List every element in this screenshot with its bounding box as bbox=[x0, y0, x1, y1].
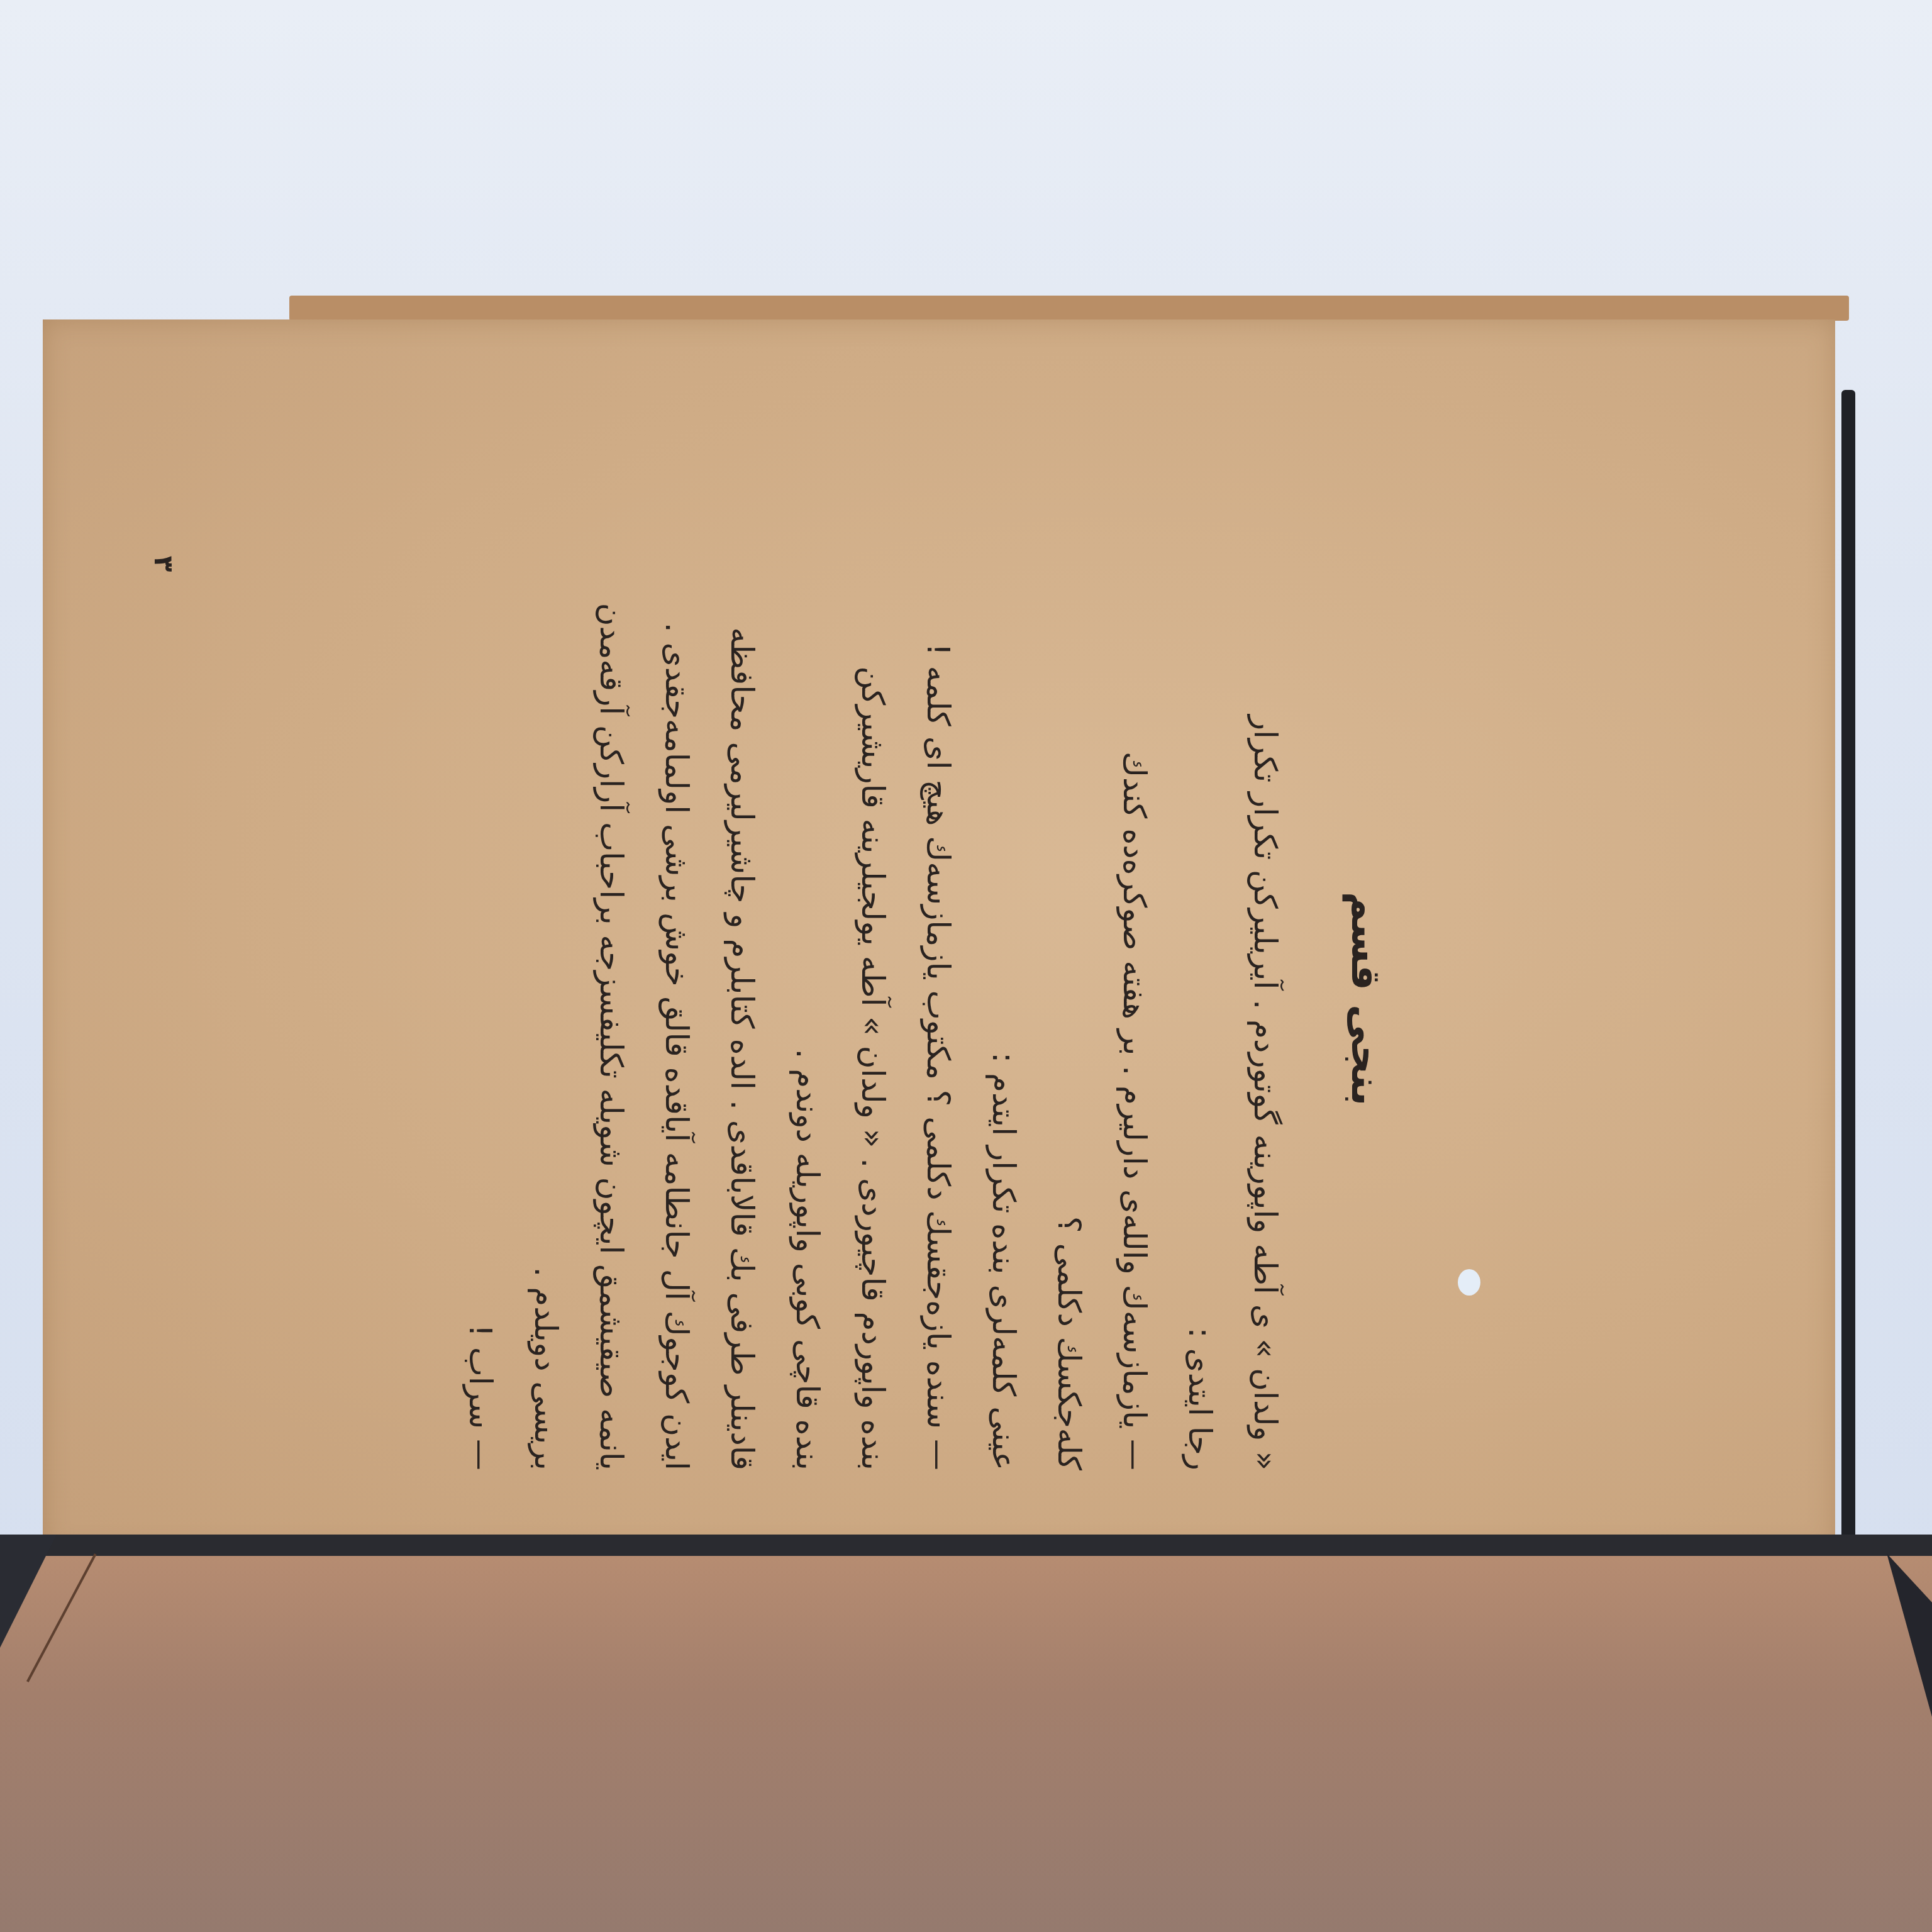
text-line: كله‌جكسك دكلمی ؟ bbox=[1036, 527, 1102, 1470]
inner-cover-endpaper bbox=[0, 1535, 1932, 1932]
text-line: ایدن كوجوك آل جانطامه آیاقده قالق خوش بر… bbox=[644, 527, 709, 1470]
binding-spine bbox=[0, 1535, 1932, 1556]
text-line: عینی كلمه‌لری بنده تكرار ایتدم : bbox=[971, 527, 1036, 1470]
text-line: رجا ایتدی : bbox=[1167, 527, 1233, 1470]
page-stack-edge bbox=[289, 296, 1849, 321]
page-text-block: بنجی قسم « ولدان » ی آطه واپورینه گوتورد… bbox=[684, 527, 1389, 1470]
text-line: یانمه صیقیشمق ایچون شویله تكلیفسزجه براح… bbox=[579, 527, 644, 1470]
text-line: بریسی دویلدم . bbox=[513, 527, 579, 1470]
cover-binding-edge bbox=[1841, 390, 1855, 1623]
text-line: بنده واپوردم قاچیوردی . « ولدان » آطه یو… bbox=[840, 527, 906, 1470]
text-line: — سنده یازه‌جقسك دكلمی ؟ مكتوب یازمازسه‌… bbox=[906, 527, 971, 1470]
page-number: ٣ bbox=[148, 556, 179, 572]
text-line: بنده قاچی كوبی واپوریله دوندم . bbox=[775, 527, 840, 1470]
text-line: — سراب ! bbox=[448, 527, 513, 1470]
punch-hole bbox=[1458, 1269, 1480, 1296]
text-line: « ولدان » ی آطه واپورینه گوتوردم . آیریل… bbox=[1233, 527, 1298, 1470]
text-line: — یازمازسه‌ك والله‌ی دارلیرم . بر هفته ص… bbox=[1102, 527, 1167, 1470]
page-heading: بنجی قسم bbox=[1342, 527, 1389, 1470]
text-line: قادینلر طرفی بك قالاباقدی . الده كتابلرم… bbox=[709, 527, 775, 1470]
